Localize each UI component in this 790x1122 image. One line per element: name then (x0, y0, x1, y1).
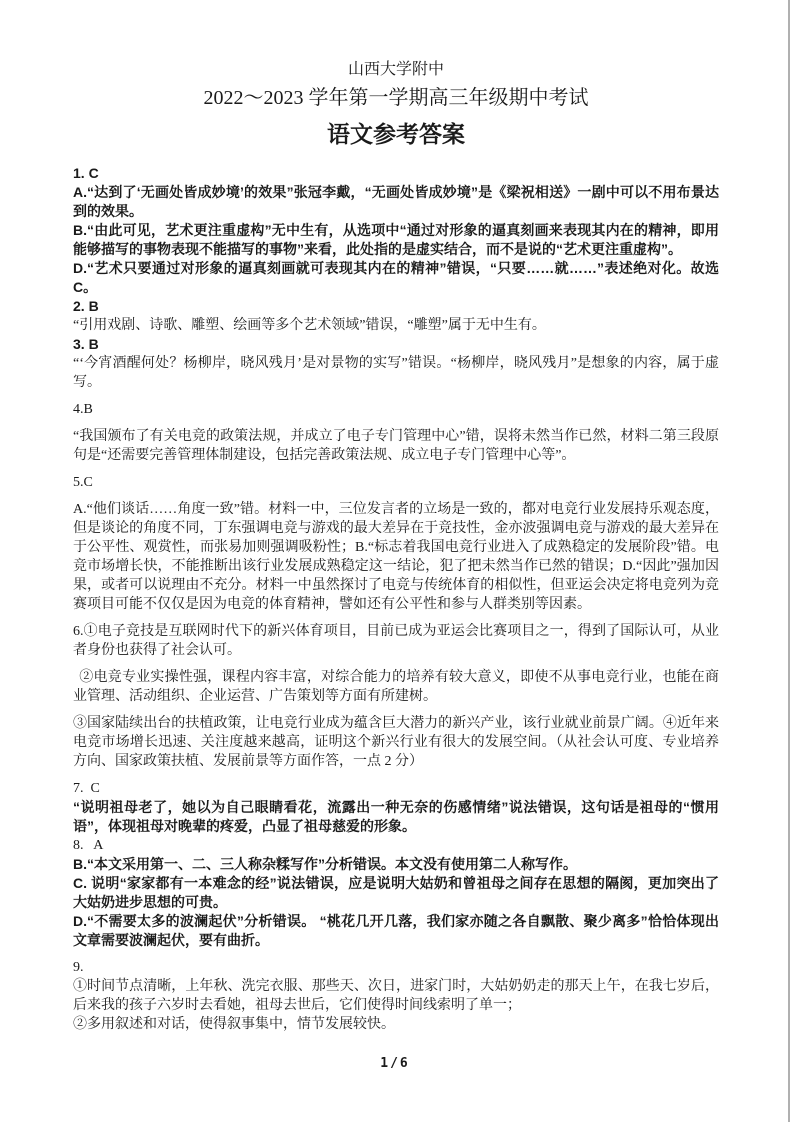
school-name: 山西大学附中 (73, 58, 719, 82)
answer-paragraph: “引用戏剧、诗歌、雕塑、绘画等多个艺术领域”错误，“雕塑”属于无中生有。 (73, 316, 719, 335)
answer-paragraph: B.“由此可见，艺术更注重虚构”无中生有，从选项中“通过对形象的逼真刻画来表现其… (73, 221, 719, 259)
answer-section-6: 6.①电子竞技是互联网时代下的新兴体育项目，目前已成为亚运会比赛项目之一，得到了… (73, 622, 719, 771)
question-number: 2. B (73, 297, 719, 316)
question-number: 9. (73, 958, 719, 977)
answer-paragraph: A.“达到了‘无画处皆成妙境’的效果”张冠李戴，“无画处皆成妙境”是《梁祝相送》… (73, 183, 719, 221)
answer-section-4: 4.B“我国颁布了有关电竞的政策法规，并成立了电子专门管理中心”错，误将未然当作… (73, 400, 719, 465)
answer-paragraph: ②电竞专业实操性强，课程内容丰富，对综合能力的培养有较大意义，即使不从事电竞行业… (73, 668, 719, 706)
question-number: 4.B (73, 400, 719, 419)
question-number: 5.C (73, 473, 719, 492)
answers-container: 1. CA.“达到了‘无画处皆成妙境’的效果”张冠李戴，“无画处皆成妙境”是《梁… (73, 164, 719, 1034)
answer-paragraph: “我国颁布了有关电竞的政策法规，并成立了电子专门管理中心”错，误将未然当作已然，… (73, 427, 719, 465)
answer-section-2: 2. B“引用戏剧、诗歌、雕塑、绘画等多个艺术领域”错误，“雕塑”属于无中生有。 (73, 297, 719, 335)
answer-section-5: 5.CA.“他们谈话……角度一致”错。材料一中，三位发言者的立场是一致的，都对电… (73, 473, 719, 614)
answer-section-3: 3. B“‘今宵酒醒何处？杨柳岸，晓风残月’是对景物的实写”错误。“杨柳岸，晓风… (73, 335, 719, 392)
document-page: 山西大学附中 2022～2023 学年第一学期高三年级期中考试 语文参考答案 1… (0, 0, 790, 1122)
question-number: 3. B (73, 335, 719, 354)
answer-paragraph: D.“不需要太多的波澜起伏”分析错误。 “桃花几开几落，我们家亦随之各自飘散、聚… (73, 912, 719, 950)
answer-paragraph: ①时间节点清晰，上年秋、洗完衣服、那些天、次日，进家门时，大姑奶奶走的那天上午，… (73, 977, 719, 1015)
answer-section-1: 1. CA.“达到了‘无画处皆成妙境’的效果”张冠李戴，“无画处皆成妙境”是《梁… (73, 164, 719, 297)
answer-paragraph: ②多用叙述和对话，使得叙事集中，情节发展较快。 (73, 1015, 719, 1034)
answer-section-7: 7. C“说明祖母老了，她以为自己眼睛看花，流露出一种无奈的伤感情绪”说法错误，… (73, 779, 719, 836)
answer-section-9: 9.①时间节点清晰，上年秋、洗完衣服、那些天、次日，进家门时，大姑奶奶走的那天上… (73, 958, 719, 1034)
answer-section-8: 8. AB.“本文采用第一、二、三人称杂糅写作”分析错误。本文没有使用第二人称写… (73, 836, 719, 950)
question-number: 8. A (73, 836, 719, 855)
answer-paragraph: B.“本文采用第一、二、三人称杂糅写作”分析错误。本文没有使用第二人称写作。 (73, 855, 719, 874)
answer-paragraph: D.“艺术只要通过对形象的逼真刻画就可表现其内在的精神”错误，“只要……就……”… (73, 259, 719, 297)
answer-paragraph: ③国家陆续出台的扶植政策，让电竞行业成为蕴含巨大潜力的新兴产业，该行业就业前景广… (73, 714, 719, 771)
page-number: 1/6 (380, 1056, 409, 1071)
answer-paragraph: A.“他们谈话……角度一致”错。材料一中，三位发言者的立场是一致的，都对电竞行业… (73, 500, 719, 614)
question-number: 1. C (73, 164, 719, 183)
document-header: 山西大学附中 2022～2023 学年第一学期高三年级期中考试 语文参考答案 (73, 58, 719, 152)
answer-paragraph: “说明祖母老了，她以为自己眼睛看花，流露出一种无奈的伤感情绪”说法错误，这句话是… (73, 798, 719, 836)
answer-paragraph: C. 说明“家家都有一本难念的经”说法错误，应是说明大姑奶和曾祖母之间存在思想的… (73, 874, 719, 912)
answer-key-title: 语文参考答案 (73, 116, 719, 152)
document-footer: 1/6 (0, 1054, 790, 1072)
page-content: 山西大学附中 2022～2023 学年第一学期高三年级期中考试 语文参考答案 1… (0, 0, 790, 1034)
exam-session-title: 2022～2023 学年第一学期高三年级期中考试 (73, 82, 719, 115)
answer-paragraph: 6.①电子竞技是互联网时代下的新兴体育项目，目前已成为亚运会比赛项目之一，得到了… (73, 622, 719, 660)
question-number: 7. C (73, 779, 719, 798)
answer-paragraph: “‘今宵酒醒何处？杨柳岸，晓风残月’是对景物的实写”错误。“杨柳岸，晓风残月”是… (73, 354, 719, 392)
